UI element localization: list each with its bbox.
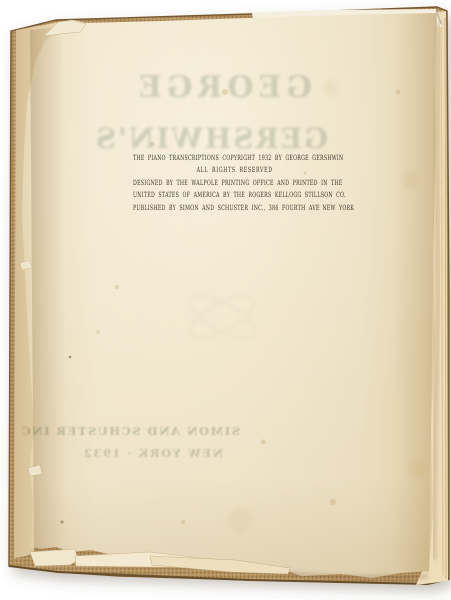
copyright-line-2: ALL RIGHTS RESERVED bbox=[133, 164, 336, 176]
copyright-line-1: THE PIANO TRANSCRIPTIONS COPYRIGHT 1932 … bbox=[133, 152, 336, 164]
copyright-block: THE PIANO TRANSCRIPTIONS COPYRIGHT 1932 … bbox=[133, 152, 336, 214]
copyright-line-3: DESIGNED BY THE WALPOLE PRINTING OFFICE … bbox=[133, 177, 336, 189]
book-photo: GEORGE GERSHWIN'S SIMON AND SCHUSTER INC… bbox=[0, 0, 451, 600]
book-illustration bbox=[0, 0, 451, 600]
copyright-line-5: PUBLISHED BY SIMON AND SCHUSTER INC., 38… bbox=[133, 202, 336, 214]
gutter-shading bbox=[30, 26, 66, 556]
main-page bbox=[22, 13, 439, 578]
copyright-line-4: UNITED STATES OF AMERICA BY THE ROGERS K… bbox=[133, 189, 336, 201]
